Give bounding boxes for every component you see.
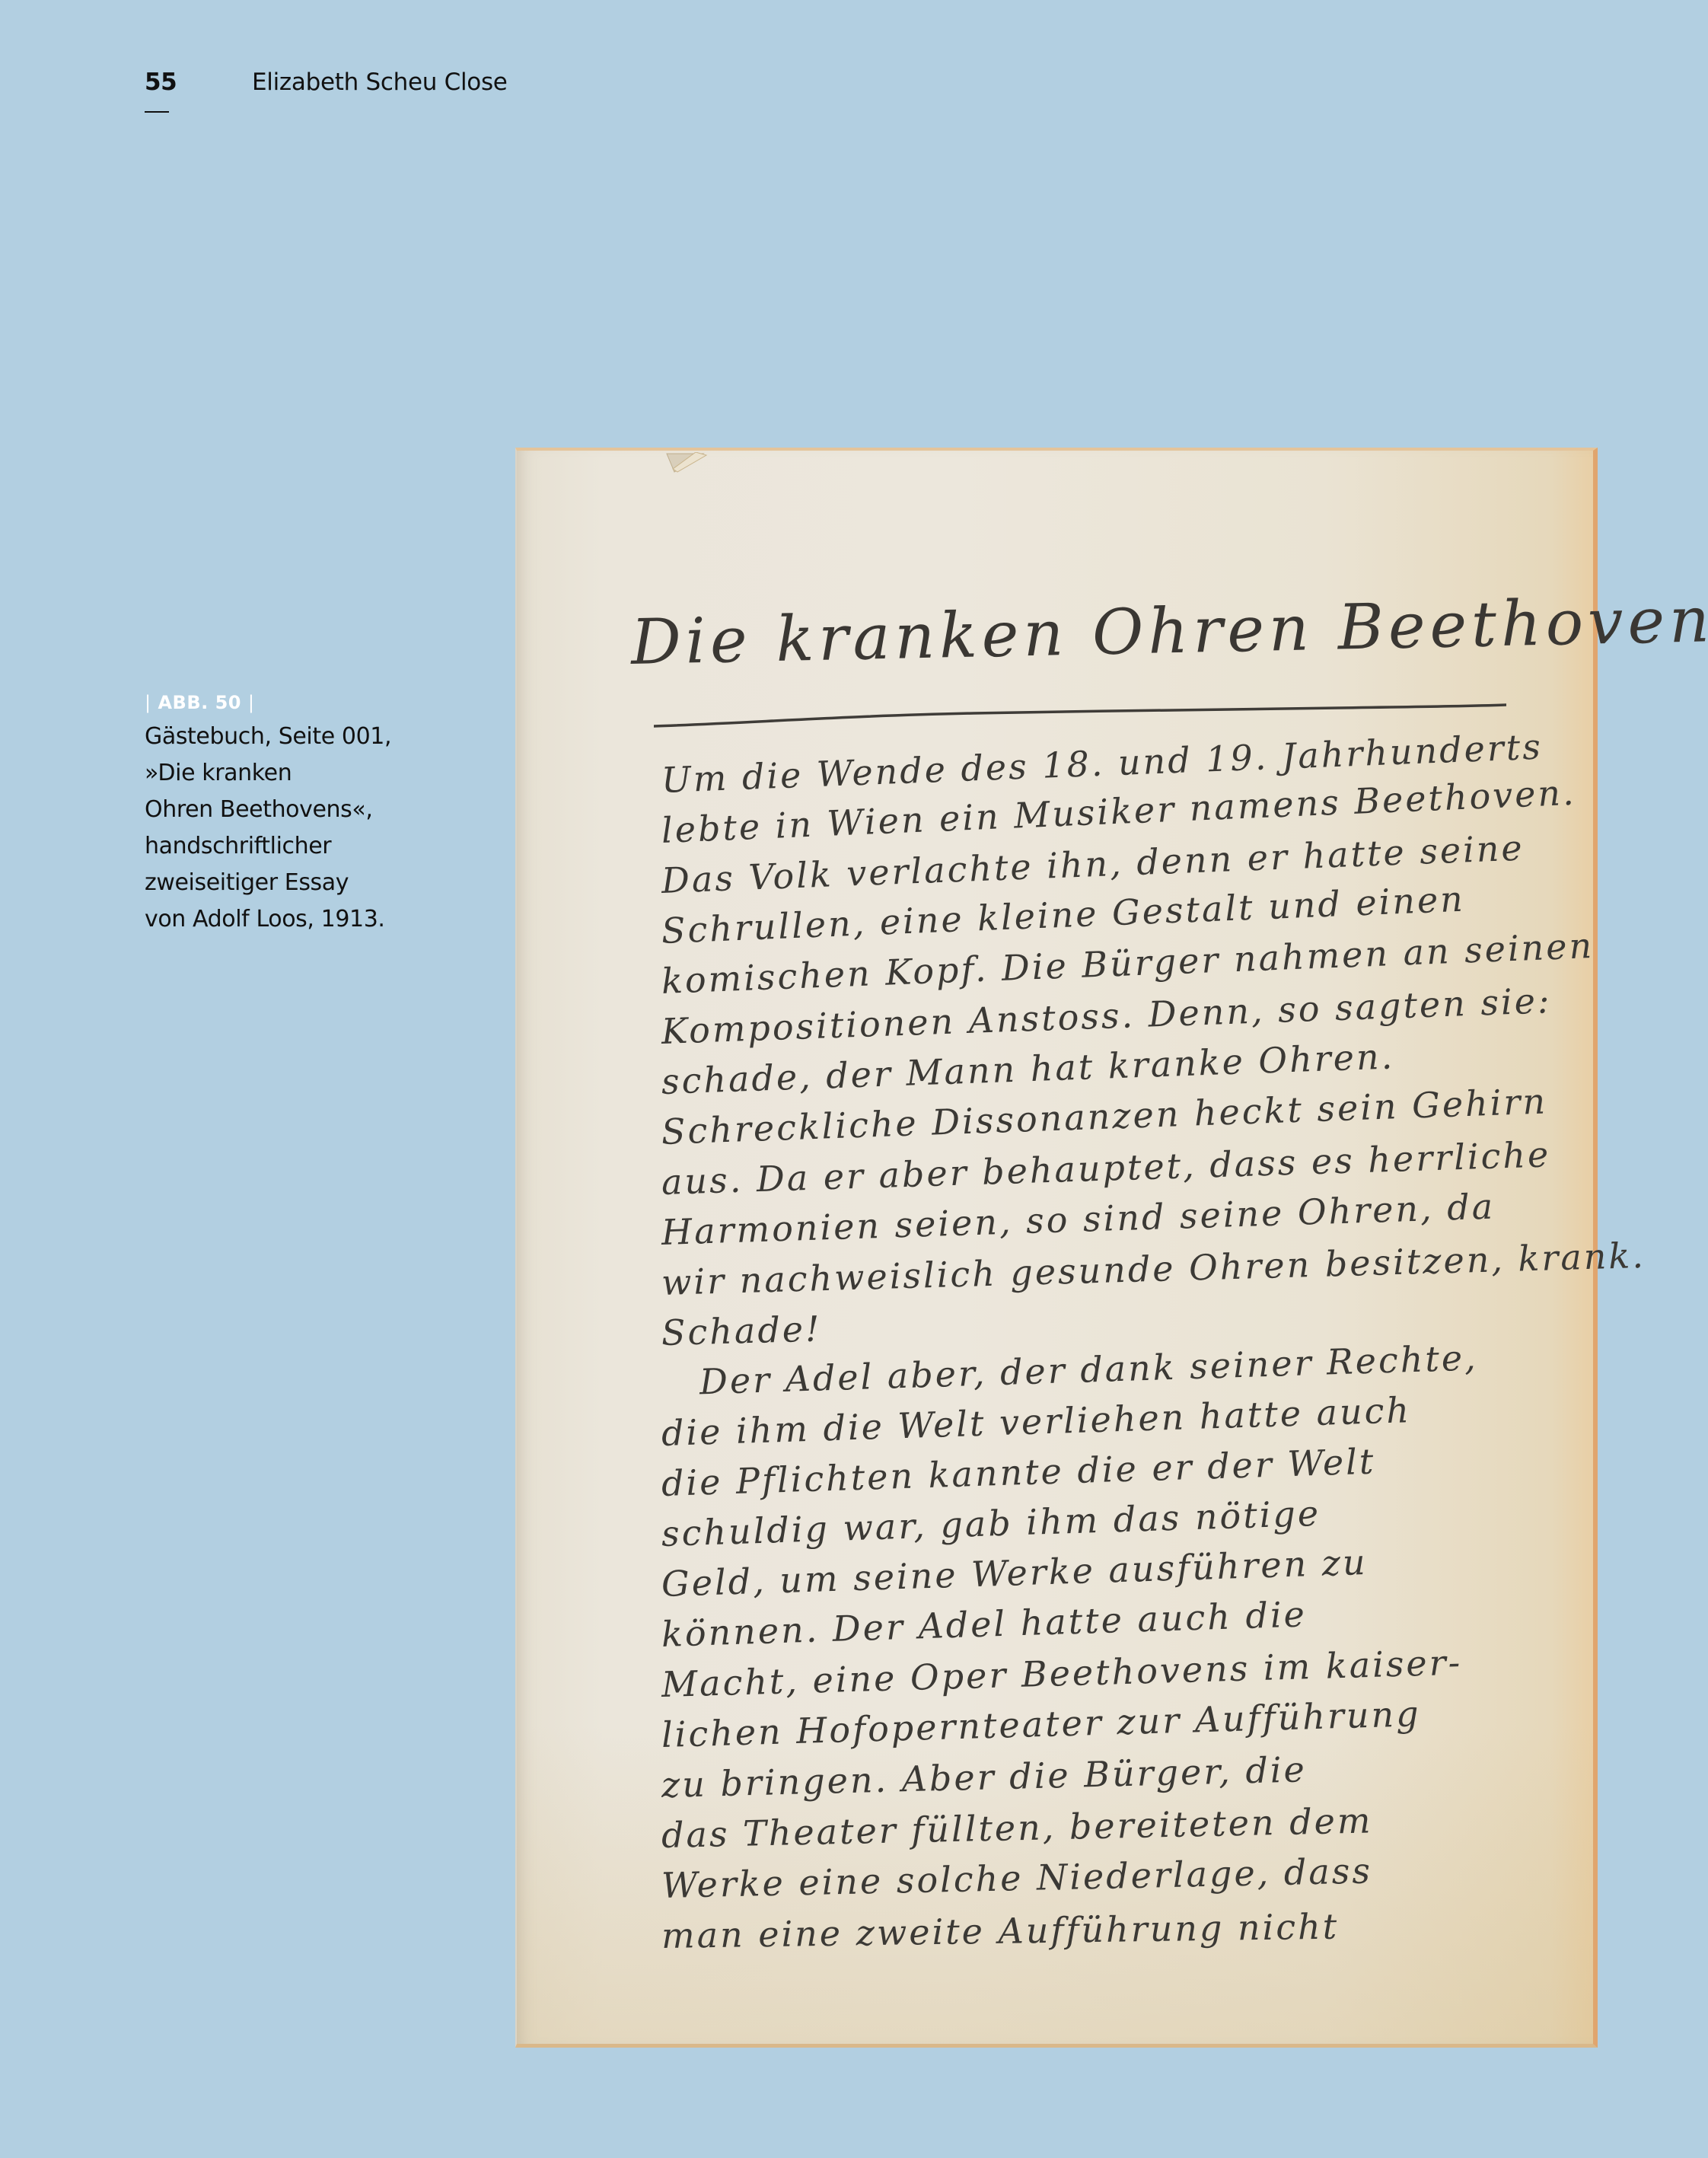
figure-caption: | ABB. 50 | Gästebuch, Seite 001, »Die k… [145, 687, 464, 938]
caption-line: handschriftlicher [145, 828, 464, 865]
paper-corner-tab [665, 452, 708, 473]
caption-line: Ohren Beethovens«, [145, 792, 464, 828]
caption-line: zweiseitiger Essay [145, 865, 464, 901]
running-head: 55 Elizabeth Scheu Close [145, 69, 830, 114]
running-title: Elizabeth Scheu Close [252, 69, 508, 96]
figure-label: | ABB. 50 | [145, 687, 464, 719]
manuscript-line: man eine zweite Aufführung nicht [661, 1899, 1499, 1961]
figure-label-bar-right: | [248, 692, 255, 713]
figure-label-text: ABB. 50 [158, 692, 241, 713]
caption-line: »Die kranken [145, 755, 464, 792]
manuscript-body: Um die Wende des 18. und 19. Jahrhundert… [661, 755, 1499, 1961]
caption-line: Gästebuch, Seite 001, [145, 719, 464, 755]
page-number: 55 [145, 69, 177, 96]
manuscript-title: Die kranken Ohren Beethovens [630, 588, 1499, 679]
figure-label-bar-left: | [145, 692, 151, 713]
manuscript-page-image: Die kranken Ohren Beethovens Um die Wend… [515, 448, 1598, 2048]
page-number-rule [145, 111, 169, 113]
caption-line: von Adolf Loos, 1913. [145, 901, 464, 938]
